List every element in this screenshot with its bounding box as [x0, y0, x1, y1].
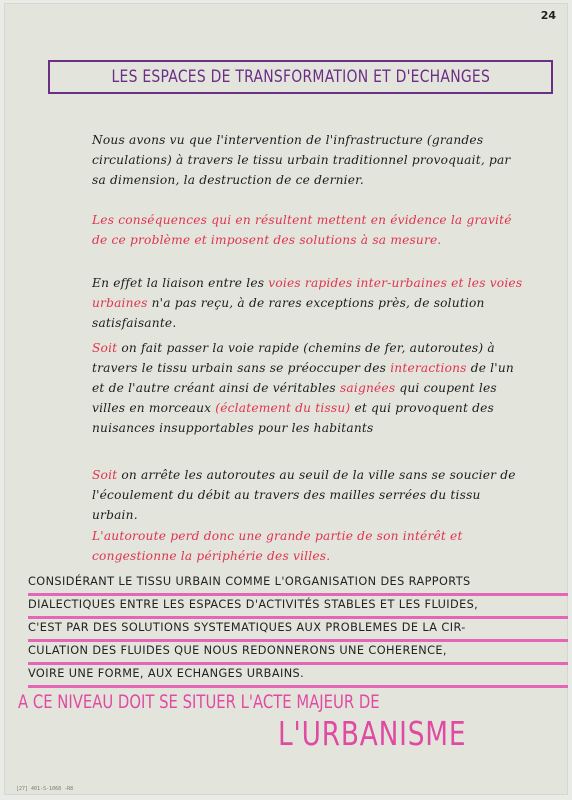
liaison-text-c: n'a pas reçu, à de rares exceptions près… [92, 296, 485, 330]
conclusion-line-1: A CE NIVEAU DOIT SE SITUER L'ACTE MAJEUR… [18, 691, 380, 713]
paragraph-autoroute: L'autoroute perd donc une grande partie … [92, 526, 524, 566]
statement-line: VOIRE UNE FORME, AUX ECHANGES URBAINS. [28, 665, 568, 688]
archive-reference: [27] 401-S-1068 -R8 [16, 786, 73, 792]
page-title: LES ESPACES DE TRANSFORMATION ET D'ECHAN… [111, 67, 490, 87]
saignees-word: saignées [340, 381, 395, 395]
document-sheet: 24 LES ESPACES DE TRANSFORMATION ET D'EC… [4, 3, 568, 795]
statement-line: DIALECTIQUES ENTRE LES ESPACES D'ACTIVIT… [28, 596, 568, 619]
eclatement-phrase: (éclatement du tissu) [215, 401, 350, 415]
interactions-word: interactions [390, 361, 466, 375]
paragraph-consequences: Les conséquences qui en résultent metten… [92, 210, 524, 250]
statement-line: C'EST PAR DES SOLUTIONS SYSTEMATIQUES AU… [28, 619, 568, 642]
statement-line: CULATION DES FLUIDES QUE NOUS REDONNERON… [28, 642, 568, 665]
soit-keyword: Soit [92, 341, 117, 355]
paragraph-intro: Nous avons vu que l'intervention de l'in… [92, 130, 524, 190]
paragraph-liaison: En effet la liaison entre les voies rapi… [92, 273, 524, 333]
statement-line: CONSIDÉRANT LE TISSU URBAIN COMME L'ORGA… [28, 573, 568, 596]
paragraph-soit-2: Soit on arrête les autoroutes au seuil d… [92, 465, 524, 525]
highlighted-statement: CONSIDÉRANT LE TISSU URBAIN COMME L'ORGA… [28, 573, 568, 688]
conclusion-line-2: L'URBANISME [278, 714, 466, 753]
soit-keyword: Soit [92, 468, 117, 482]
soit2-text-b: on arrête les autoroutes au seuil de la … [92, 468, 516, 522]
title-frame: LES ESPACES DE TRANSFORMATION ET D'ECHAN… [48, 60, 553, 94]
page-number: 24 [541, 9, 556, 22]
paragraph-soit-1: Soit on fait passer la voie rapide (chem… [92, 338, 524, 438]
liaison-text-a: En effet la liaison entre les [92, 276, 268, 290]
